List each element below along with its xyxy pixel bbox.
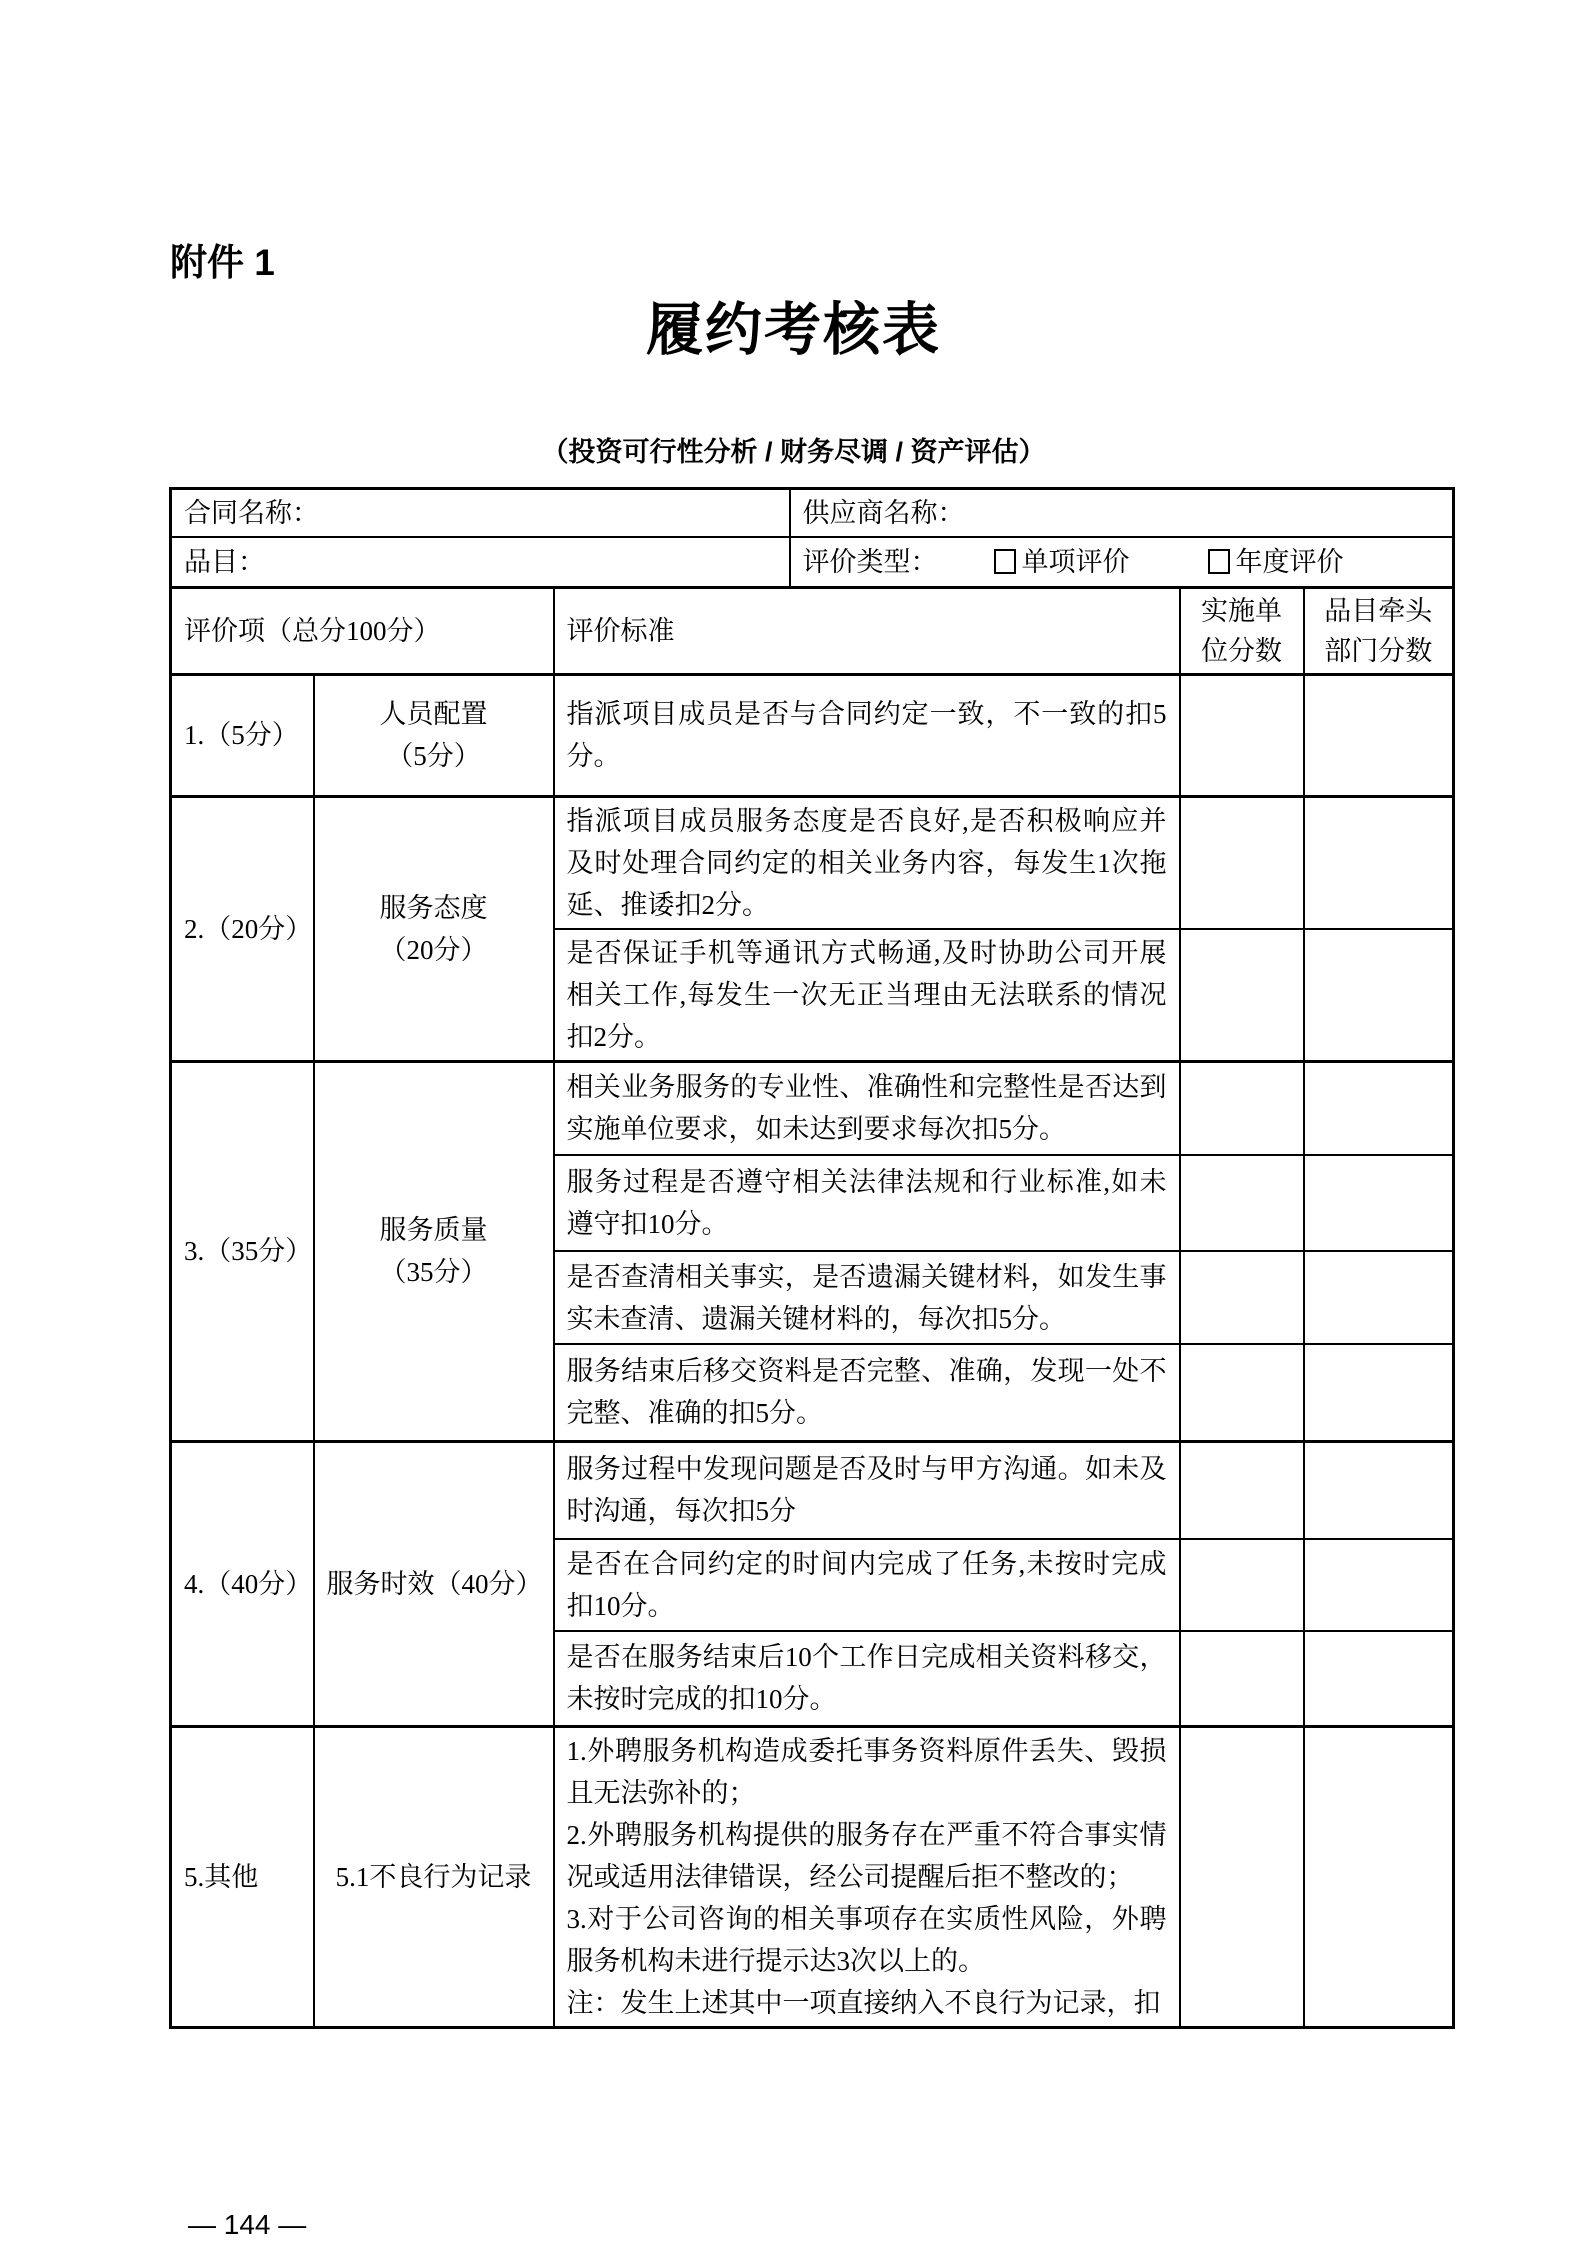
item-label: 品目： — [171, 537, 790, 587]
column-header-row: 评价项（总分100分） 评价标准 实施单位分数 品目牵头部门分数 — [171, 587, 1454, 674]
unit-score-cell — [1180, 1726, 1304, 2027]
supplier-name-label: 供应商名称： — [790, 489, 1454, 538]
criterion-text: 是否查清相关事实，是否遗漏关键材料，如发生事实未查清、遗漏关键材料的，每次扣5分… — [554, 1251, 1180, 1344]
unit-score-cell — [1180, 1539, 1304, 1631]
criterion-text: 服务过程中发现问题是否及时与甲方沟通。如未及时沟通，每次扣5分 — [554, 1441, 1180, 1539]
dept-score-cell — [1304, 1631, 1454, 1726]
criterion-text: 是否在服务结束后10个工作日完成相关资料移交，未按时完成的扣10分。 — [554, 1631, 1180, 1726]
col-header-unit-score: 实施单位分数 — [1180, 587, 1304, 674]
criterion-text: 是否保证手机等通讯方式畅通,及时协助公司开展相关工作,每发生一次无正当理由无法联… — [554, 929, 1180, 1062]
category-name: 服务质量 （35分） — [314, 1061, 554, 1441]
document-page: 附件 1 履约考核表 （投资可行性分析 / 财务尽调 / 资产评估） 合同名称：… — [0, 0, 1587, 2245]
dept-score-cell — [1304, 1344, 1454, 1441]
unit-score-cell — [1180, 1251, 1304, 1344]
evaluation-type-label: 评价类型： — [803, 541, 938, 583]
info-row-2: 品目： 评价类型： 单项评价 年度评价 — [171, 537, 1454, 587]
dept-score-cell — [1304, 1061, 1454, 1155]
unit-score-cell — [1180, 1344, 1304, 1441]
category-name: 服务时效（40分） — [314, 1441, 554, 1726]
unit-score-cell — [1180, 1631, 1304, 1726]
criterion-text: 指派项目成员是否与合同约定一致，不一致的扣5分。 — [554, 674, 1180, 796]
table-row: 1.（5分） 人员配置 （5分） 指派项目成员是否与合同约定一致，不一致的扣5分… — [171, 674, 1454, 796]
col-header-item: 评价项（总分100分） — [171, 587, 554, 674]
category-number: 4.（40分） — [171, 1441, 314, 1726]
criterion-text: 是否在合同约定的时间内完成了任务,未按时完成扣10分。 — [554, 1539, 1180, 1631]
dept-score-cell — [1304, 1441, 1454, 1539]
col-header-criteria: 评价标准 — [554, 587, 1180, 674]
annual-evaluation-checkbox[interactable] — [1208, 549, 1230, 574]
attachment-label: 附件 1 — [170, 243, 275, 284]
category-number: 5.其他 — [171, 1726, 314, 2027]
table-row: 2.（20分） 服务态度 （20分） 指派项目成员服务态度是否良好,是否积极响应… — [171, 796, 1454, 929]
page-subtitle: （投资可行性分析 / 财务尽调 / 资产评估） — [0, 436, 1587, 468]
criterion-text: 指派项目成员服务态度是否良好,是否积极响应并及时处理合同约定的相关业务内容，每发… — [554, 796, 1180, 929]
category-name: 服务态度 （20分） — [314, 796, 554, 1061]
dept-score-cell — [1304, 1726, 1454, 2027]
unit-score-cell — [1180, 1155, 1304, 1251]
table-row: 4.（40分） 服务时效（40分） 服务过程中发现问题是否及时与甲方沟通。如未及… — [171, 1441, 1454, 1539]
single-evaluation-option: 单项评价 — [994, 541, 1130, 583]
category-name: 5.1不良行为记录 — [314, 1726, 554, 2027]
table-row: 5.其他 5.1不良行为记录 1.外聘服务机构造成委托事务资料原件丢失、毁损且无… — [171, 1726, 1454, 2027]
dept-score-cell — [1304, 796, 1454, 929]
page-title: 履约考核表 — [0, 298, 1587, 364]
col-header-dept-score: 品目牵头部门分数 — [1304, 587, 1454, 674]
annual-evaluation-option: 年度评价 — [1208, 541, 1344, 583]
single-evaluation-checkbox[interactable] — [994, 549, 1016, 574]
unit-score-cell — [1180, 674, 1304, 796]
table-row: 3.（35分） 服务质量 （35分） 相关业务服务的专业性、准确性和完整性是否达… — [171, 1061, 1454, 1155]
info-row-1: 合同名称： 供应商名称： — [171, 489, 1454, 538]
evaluation-type-cell: 评价类型： 单项评价 年度评价 — [790, 537, 1454, 587]
annual-evaluation-option-label: 年度评价 — [1236, 541, 1344, 583]
dept-score-cell — [1304, 929, 1454, 1062]
criterion-text: 服务结束后移交资料是否完整、准确，发现一处不完整、准确的扣5分。 — [554, 1344, 1180, 1441]
unit-score-cell — [1180, 1441, 1304, 1539]
dept-score-cell — [1304, 1251, 1454, 1344]
contract-name-label: 合同名称： — [171, 489, 790, 538]
footer-page-number: — 144 — — [188, 2208, 306, 2242]
unit-score-cell — [1180, 796, 1304, 929]
dept-score-cell — [1304, 1155, 1454, 1251]
category-number: 3.（35分） — [171, 1061, 314, 1441]
category-number: 2.（20分） — [171, 796, 314, 1061]
unit-score-cell — [1180, 929, 1304, 1062]
single-evaluation-option-label: 单项评价 — [1022, 541, 1130, 583]
dept-score-cell — [1304, 1539, 1454, 1631]
category-number: 1.（5分） — [171, 674, 314, 796]
criterion-text: 相关业务服务的专业性、准确性和完整性是否达到实施单位要求，如未达到要求每次扣5分… — [554, 1061, 1180, 1155]
criterion-text: 1.外聘服务机构造成委托事务资料原件丢失、毁损且无法弥补的； 2.外聘服务机构提… — [554, 1726, 1180, 2027]
criterion-text: 服务过程是否遵守相关法律法规和行业标准,如未遵守扣10分。 — [554, 1155, 1180, 1251]
unit-score-cell — [1180, 1061, 1304, 1155]
category-name: 人员配置 （5分） — [314, 674, 554, 796]
assessment-table: 合同名称： 供应商名称： 品目： 评价类型： 单项评价 年度评价 — [169, 487, 1455, 2029]
dept-score-cell — [1304, 674, 1454, 796]
